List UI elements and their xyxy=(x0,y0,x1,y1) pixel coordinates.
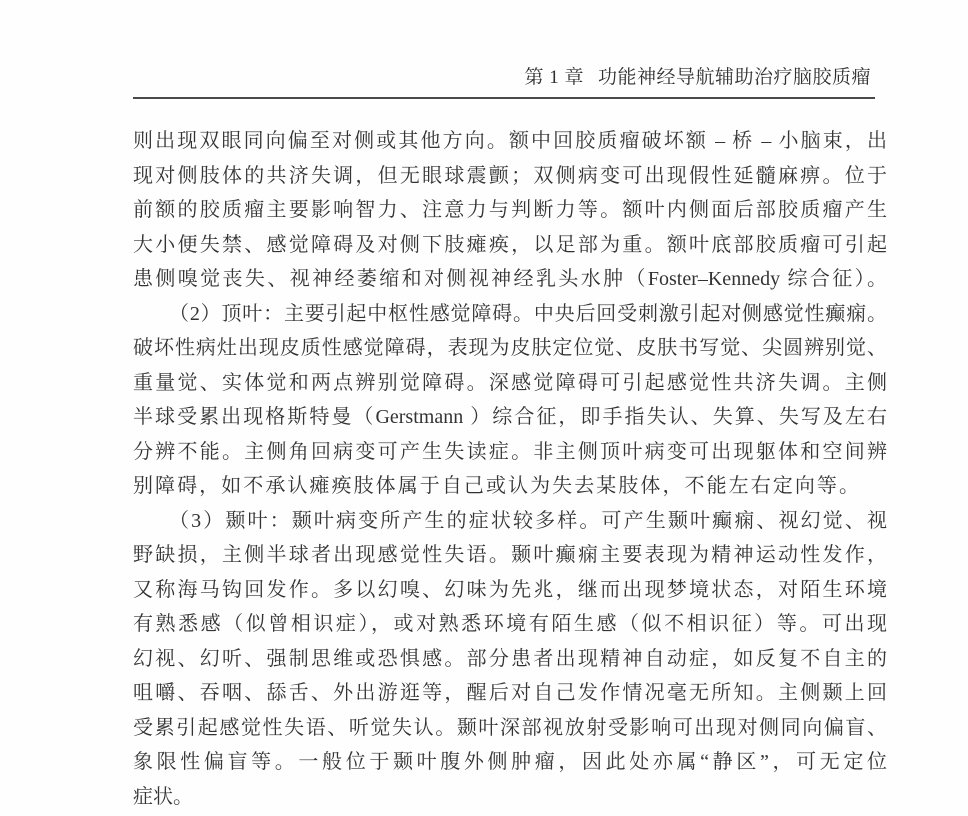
book-page: 第 1 章功能神经导航辅助治疗脑胶质瘤 则出现双眼同向偏至对侧或其他方向。额中回… xyxy=(0,0,968,816)
text-line: 又称海马钩回发作。多以幻嗅、幻味为先兆，继而出现梦境状态，对陌生环境 xyxy=(133,573,887,608)
text-line: 象限性偏盲等。一般位于颞叶腹外侧肿瘤，因此处亦属“静区”，可无定位 xyxy=(133,745,887,780)
text-line-paragraph-start: （3）颞叶：颞叶病变所产生的症状较多样。可产生颞叶癫痫、视幻觉、视 xyxy=(133,504,887,539)
chapter-title: 功能神经导航辅助治疗脑胶质瘤 xyxy=(598,67,871,88)
text-line: 分辨不能。主侧角回病变可产生失读症。非主侧顶叶病变可出现躯体和空间辨 xyxy=(133,435,887,470)
text-line: 患侧嗅觉丧失、视神经萎缩和对侧视神经乳头水肿（Foster–Kennedy 综合… xyxy=(133,262,887,297)
text-line: 咀嚼、吞咽、舔舌、外出游逛等，醒后对自己发作情况毫无所知。主侧颞上回 xyxy=(133,676,887,711)
running-header: 第 1 章功能神经导航辅助治疗脑胶质瘤 xyxy=(133,66,875,90)
body-text-block: 则出现双眼同向偏至对侧或其他方向。额中回胶质瘤破坏额 – 桥 – 小脑束，出 现… xyxy=(133,124,887,814)
text-line: 大小便失禁、感觉障碍及对侧下肢瘫痪，以足部为重。额叶底部胶质瘤可引起 xyxy=(133,228,887,263)
text-line: 野缺损，主侧半球者出现感觉性失语。颞叶癫痫主要表现为精神运动性发作， xyxy=(133,538,887,573)
text-line: 重量觉、实体觉和两点辨别觉障碍。深感觉障碍可引起感觉性共济失调。主侧 xyxy=(133,366,887,401)
text-line: 半球受累出现格斯特曼（Gerstmann ）综合征，即手指失认、失算、失写及左右 xyxy=(133,400,887,435)
header-rule xyxy=(133,97,875,99)
text-line-paragraph-end: 症状。 xyxy=(133,780,887,815)
text-line: 前额的胶质瘤主要影响智力、注意力与判断力等。额叶内侧面后部胶质瘤产生 xyxy=(133,193,887,228)
text-line: 破坏性病灶出现皮质性感觉障碍，表现为皮肤定位觉、皮肤书写觉、尖圆辨别觉、 xyxy=(133,331,887,366)
text-line-paragraph-start: （2）顶叶：主要引起中枢性感觉障碍。中央后回受刺激引起对侧感觉性癫痫。 xyxy=(133,297,887,332)
text-line: 有熟悉感（似曾相识症），或对熟悉环境有陌生感（似不相识征）等。可出现 xyxy=(133,607,887,642)
text-line-paragraph-end: 别障碍，如不承认瘫痪肢体属于自己或认为失去某肢体，不能左右定向等。 xyxy=(133,469,887,504)
text-line: 则出现双眼同向偏至对侧或其他方向。额中回胶质瘤破坏额 – 桥 – 小脑束，出 xyxy=(133,124,887,159)
text-line: 幻视、幻听、强制思维或恐惧感。部分患者出现精神自动症，如反复不自主的 xyxy=(133,642,887,677)
chapter-number: 第 1 章 xyxy=(524,67,584,88)
text-line: 现对侧肢体的共济失调，但无眼球震颤；双侧病变可出现假性延髓麻痹。位于 xyxy=(133,159,887,194)
text-line: 受累引起感觉性失语、听觉失认。颞叶深部视放射受影响可出现对侧同向偏盲、 xyxy=(133,711,887,746)
